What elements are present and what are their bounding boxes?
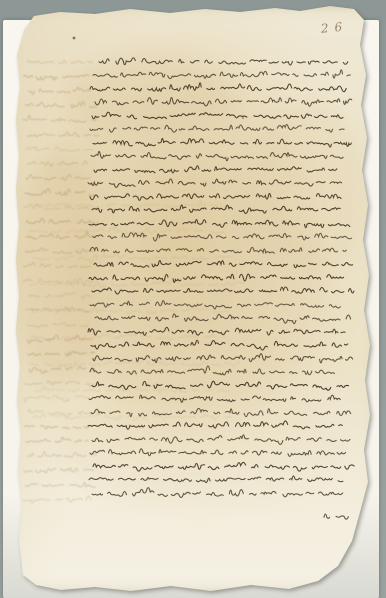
catchword-script <box>324 514 351 519</box>
manuscript-page-shadow: 26 <box>0 0 386 598</box>
handwriting-layer <box>0 0 386 598</box>
manuscript-page: 26 <box>0 0 386 598</box>
scan-background: 26 <box>0 0 386 598</box>
folio-number: 26 <box>320 18 361 39</box>
